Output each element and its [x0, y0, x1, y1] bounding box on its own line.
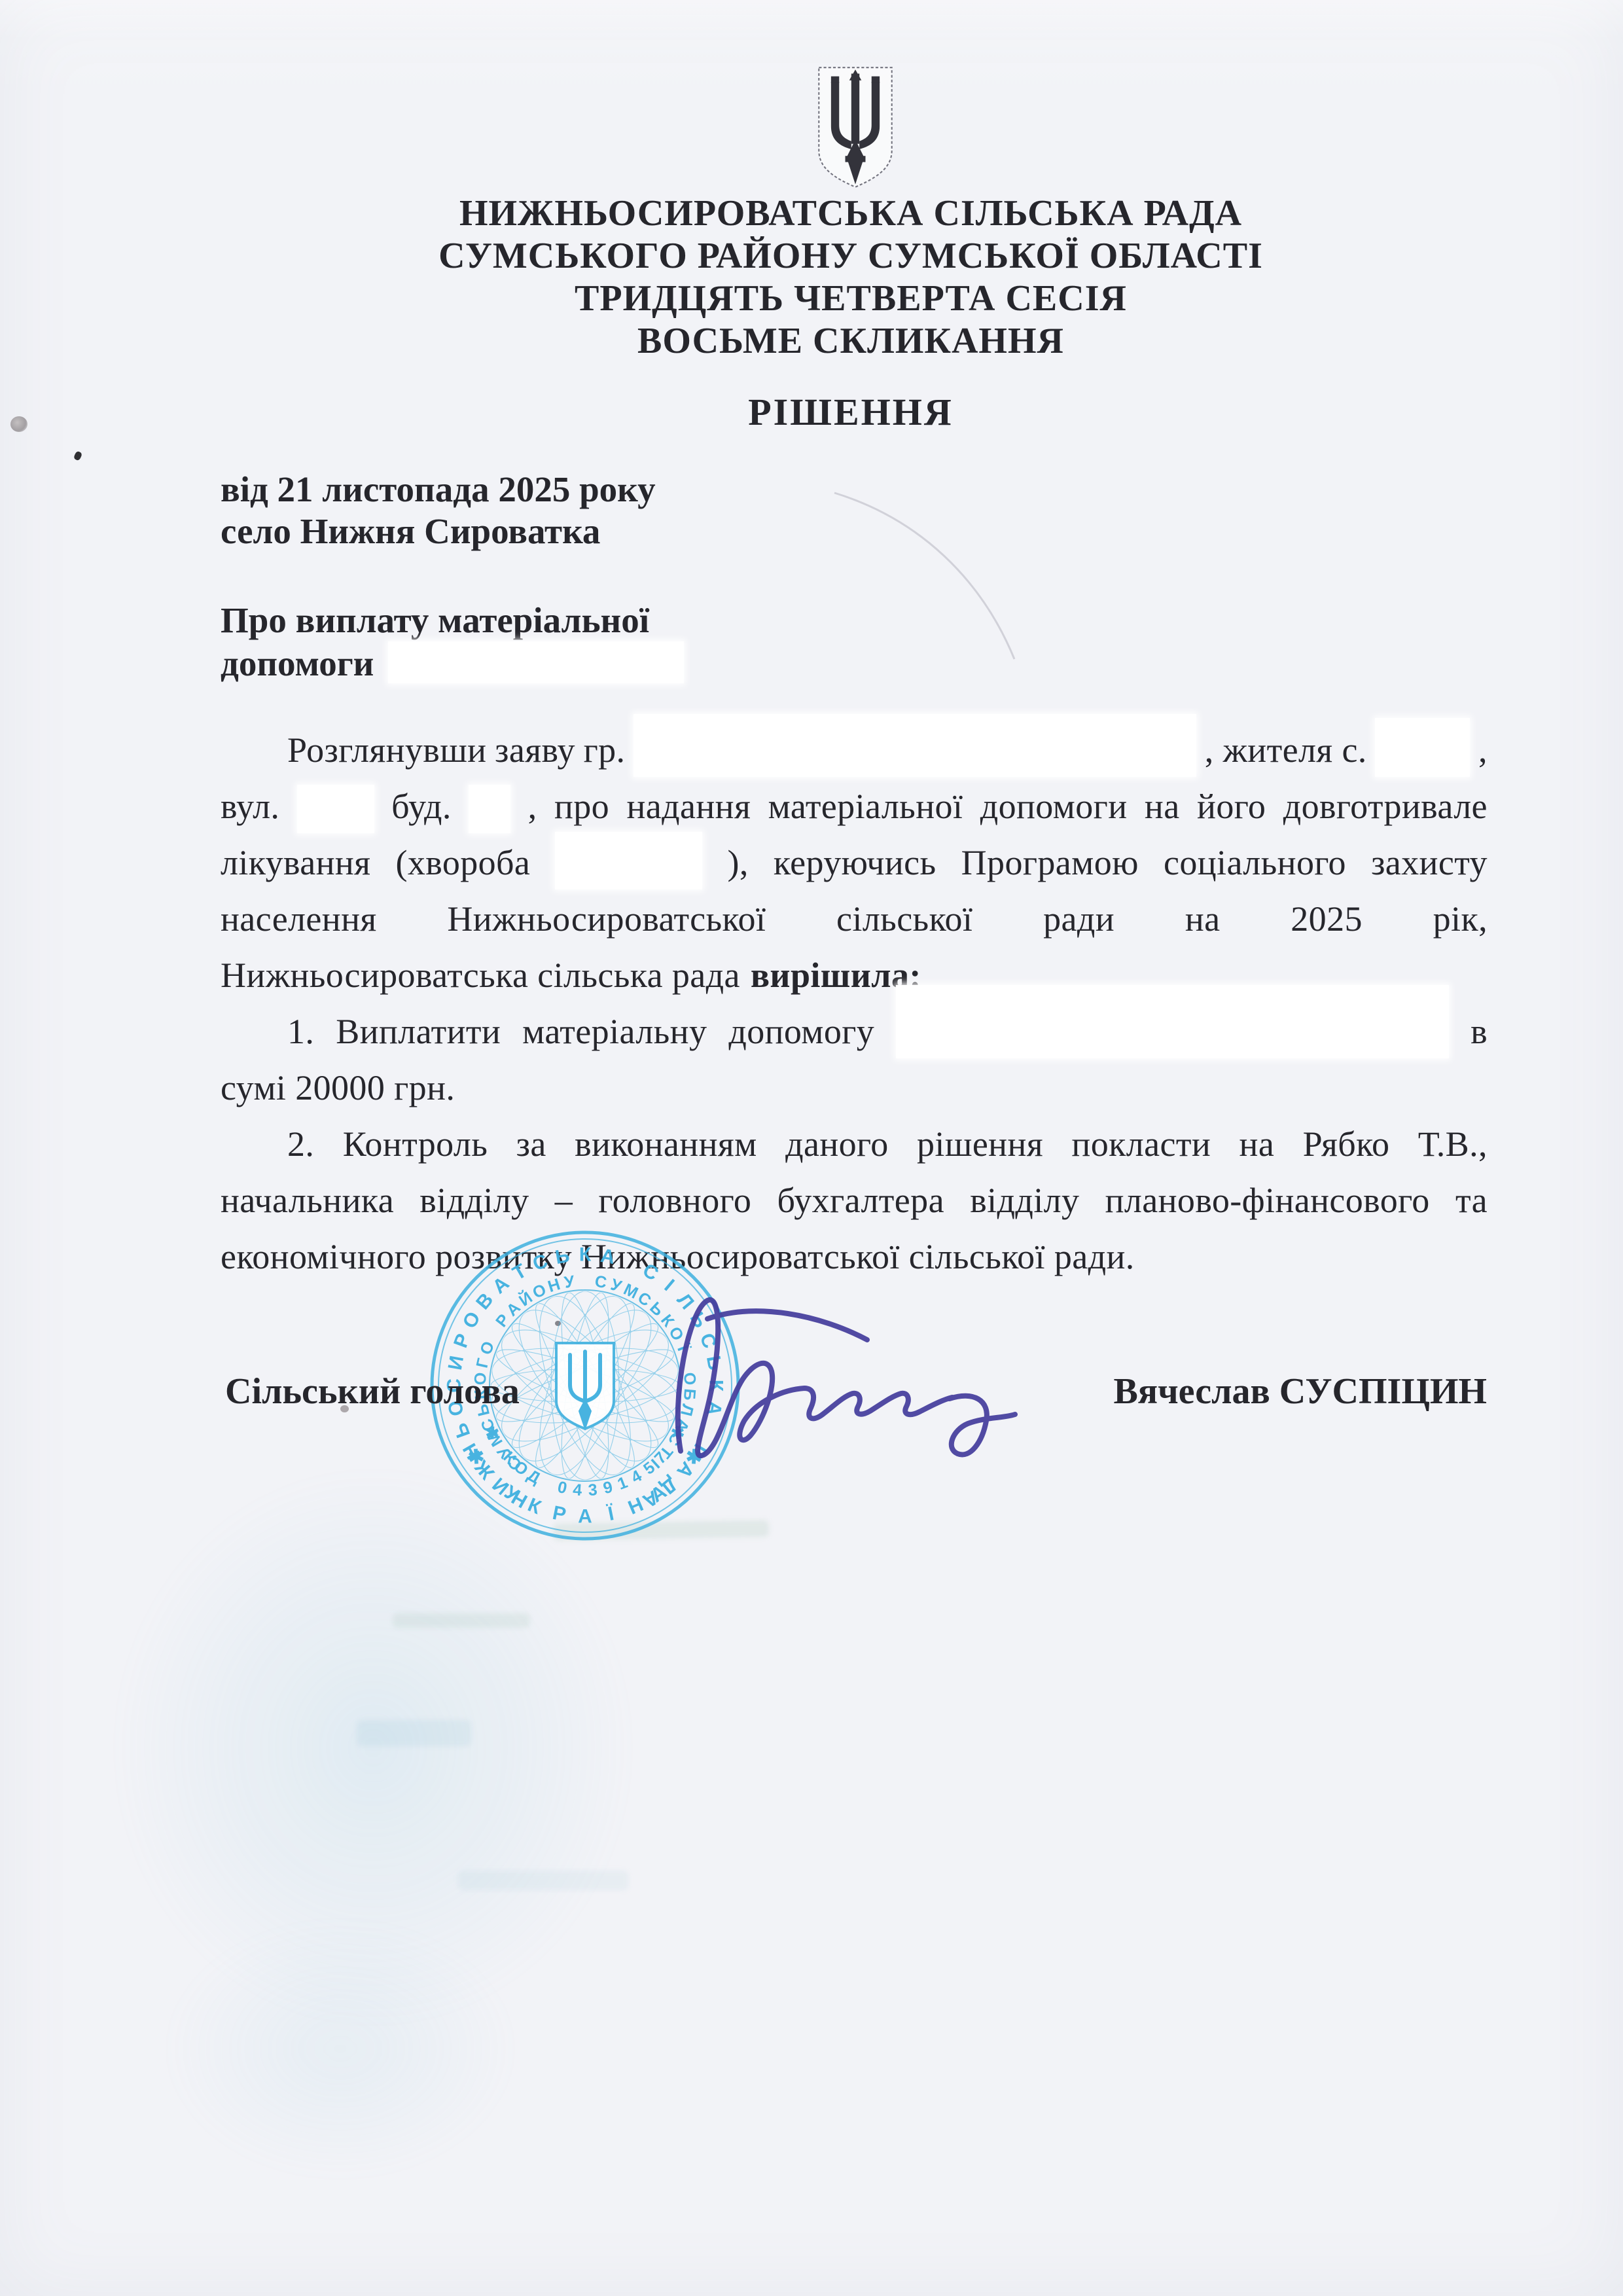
body-word: заяву	[495, 730, 575, 770]
svg-text:Р: Р	[450, 1331, 474, 1351]
body-word: в	[1471, 1011, 1488, 1052]
body-word: довготривале	[1283, 786, 1488, 827]
body-word: планово-фінансового	[1105, 1180, 1430, 1221]
svg-text:Ї: Ї	[605, 1503, 616, 1525]
body-word: начальника	[221, 1180, 394, 1221]
subject-line-2: допомоги	[221, 641, 684, 685]
body-word: захисту	[1371, 842, 1488, 883]
body-word: ),	[727, 842, 748, 883]
body-word: соціального	[1164, 842, 1346, 883]
faint-pencil-arc	[821, 481, 1037, 671]
svg-text:Ь: Ь	[450, 1420, 474, 1441]
decision-body: Розглянувшизаявугр., жителя с.,вул.буд.,…	[221, 724, 1488, 1287]
body-word: населення	[221, 899, 377, 939]
body-word: відділу	[419, 1180, 529, 1221]
body-word: даного	[785, 1124, 889, 1164]
ukraine-trident-emblem-icon	[813, 64, 897, 192]
body-word: Розглянувши	[287, 730, 487, 770]
body-line: Розглянувшизаявугр., жителя с.,	[221, 724, 1488, 780]
body-word: буд.	[391, 786, 452, 827]
redaction-box	[388, 641, 684, 683]
body-word: виконанням	[575, 1124, 757, 1164]
body-line: начальникавідділу–головногобухгалтеравід…	[221, 1174, 1488, 1230]
body-line: 1.Виплатитиматеріальнудопомогув	[221, 1005, 1488, 1062]
body-line: населенняНижньосироватськоїсільськоїради…	[221, 893, 1488, 949]
redaction-box	[1375, 718, 1470, 777]
svg-text:4: 4	[572, 1480, 582, 1499]
body-word: на	[1145, 786, 1180, 827]
redaction-box	[469, 785, 510, 833]
meta-block: від 21 листопада 2025 року село Нижня Си…	[221, 469, 656, 552]
subject-line-2-text: допомоги	[221, 643, 374, 683]
header-line-district: СУМСЬКОГО РАЙОНУ СУМСЬКОЇ ОБЛАСТІ	[157, 235, 1544, 278]
body-word: гр.	[584, 730, 626, 770]
header-line-council: НИЖНЬОСИРОВАТСЬКА СІЛЬСЬКА РАДА	[157, 192, 1544, 235]
svg-text:А: А	[488, 1272, 513, 1298]
body-line: сумі 20000 грн.	[221, 1062, 1488, 1118]
body-word: рішення	[917, 1124, 1043, 1164]
redaction-box	[297, 785, 374, 833]
body-word: , жителя с.	[1205, 730, 1367, 770]
body-word: ,	[1478, 730, 1488, 770]
body-word: –	[555, 1180, 573, 1221]
paper-speck	[73, 450, 83, 461]
paper-speck	[10, 416, 27, 432]
document-sheet: НИЖНЬОСИРОВАТСЬКА СІЛЬСЬКА РАДА СУМСЬКОГ…	[0, 0, 1623, 2296]
ink-transfer-stain	[111, 1466, 635, 2029]
header-line-session: ТРИДЦЯТЬ ЧЕТВЕРТА СЕСІЯ	[157, 278, 1544, 320]
body-word: допомогу	[728, 1011, 874, 1052]
body-word: Нижньосироватської	[447, 899, 766, 939]
svg-text:Р: Р	[550, 1502, 567, 1526]
document-type-title: РІШЕННЯ	[157, 390, 1544, 434]
body-word: Програмою	[961, 842, 1139, 883]
body-word: надання	[626, 786, 751, 827]
body-word: Рябко	[1303, 1124, 1390, 1164]
svg-text:4: 4	[628, 1467, 645, 1487]
svg-text:1: 1	[615, 1473, 630, 1494]
body-word: покласти	[1071, 1124, 1211, 1164]
body-word: 2025	[1291, 899, 1363, 939]
body-word: ради	[1043, 899, 1115, 939]
svg-text:А: А	[578, 1506, 592, 1528]
document-header: НИЖНЬОСИРОВАТСЬКА СІЛЬСЬКА РАДА СУМСЬКОГ…	[157, 192, 1544, 363]
body-word: матеріальної	[768, 786, 963, 827]
svg-text:0: 0	[556, 1478, 569, 1498]
signature-row: Сільський голова Вячеслав СУСПІЦИН	[225, 1352, 1487, 1412]
body-word: його	[1197, 786, 1266, 827]
body-word: сільської	[836, 899, 972, 939]
signatory-title: Сільський голова	[225, 1371, 520, 1412]
svg-text:Н: Н	[546, 1275, 563, 1296]
body-word: бухгалтера	[777, 1180, 944, 1221]
body-word: на	[1185, 899, 1221, 939]
svg-text:9: 9	[601, 1478, 615, 1498]
svg-text:А: А	[599, 1245, 616, 1268]
svg-text:В: В	[472, 1289, 497, 1314]
body-word: на	[1240, 1124, 1275, 1164]
ghost-text-smudge	[458, 1871, 628, 1890]
svg-text:С: С	[594, 1272, 608, 1292]
signatory-name: Вячеслав СУСПІЦИН	[1113, 1371, 1487, 1412]
svg-text:К: К	[579, 1244, 592, 1266]
body-word: вул.	[221, 786, 279, 827]
svg-text:С: С	[530, 1250, 551, 1275]
body-word: керуючись	[774, 842, 936, 883]
body-line: лікування(хвороба),керуючисьПрограмоюсоц…	[221, 836, 1488, 893]
ghost-text-smudge	[393, 1613, 530, 1628]
body-line: економічного розвитку Нижньосироватської…	[221, 1230, 1488, 1287]
svg-text:У: У	[609, 1276, 624, 1296]
body-word: про	[554, 786, 609, 827]
body-word: матеріальну	[522, 1011, 707, 1052]
body-word: допомоги	[980, 786, 1128, 827]
ghost-text-smudge	[357, 1720, 471, 1746]
svg-text:У: У	[563, 1272, 576, 1292]
header-line-convocation: ВОСЬМЕ СКЛИКАННЯ	[157, 320, 1544, 363]
body-word: Т.В.,	[1418, 1124, 1488, 1164]
body-word: 2.	[287, 1124, 314, 1164]
redaction-box	[555, 832, 702, 889]
redaction-box	[633, 714, 1196, 777]
body-word: за	[516, 1124, 546, 1164]
svg-text:3: 3	[588, 1480, 598, 1499]
body-word: головного	[598, 1180, 751, 1221]
svg-text:Т: Т	[509, 1260, 530, 1285]
subject-line-1: Про виплату матеріальної	[221, 600, 684, 641]
body-word: ,	[528, 786, 537, 827]
body-word: Контроль	[343, 1124, 488, 1164]
body-word: лікування	[221, 842, 370, 883]
redaction-box	[896, 985, 1449, 1058]
ink-transfer-stain	[164, 1918, 517, 2179]
body-line: вул.буд.,пронаданняматеріальноїдопомогин…	[221, 780, 1488, 836]
date-line: від 21 листопада 2025 року	[221, 469, 656, 511]
body-word: сумі 20000 грн.	[221, 1067, 455, 1108]
body-word: відділу	[970, 1180, 1079, 1221]
body-word: (хвороба	[396, 842, 531, 883]
svg-text:О: О	[459, 1308, 485, 1333]
body-word: 1.	[287, 1011, 314, 1052]
subject-block: Про виплату матеріальної допомоги	[221, 600, 684, 685]
body-line: 2.Контрользавиконаннямданогорішенняпокла…	[221, 1118, 1488, 1174]
body-word: та	[1455, 1180, 1488, 1221]
body-word: рік,	[1433, 899, 1488, 939]
svg-text:Ь: Ь	[554, 1245, 571, 1268]
place-line: село Нижня Сироватка	[221, 511, 656, 552]
body-word: Нижньосироватська сільська рада	[221, 955, 740, 996]
body-word: Виплатити	[336, 1011, 501, 1052]
